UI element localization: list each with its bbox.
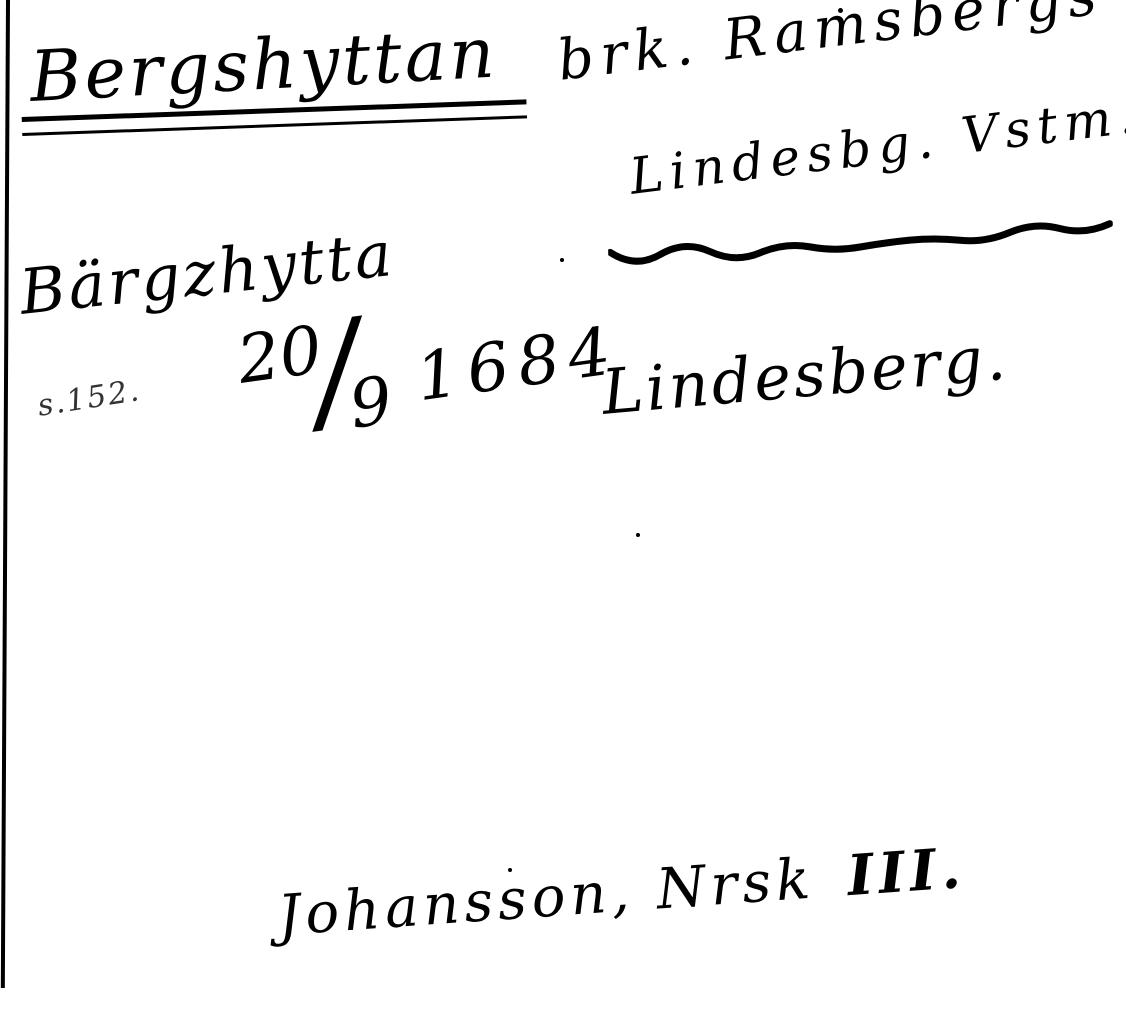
citation-line: Johansson, Nrsk III. xyxy=(276,840,967,945)
scan-speck xyxy=(508,868,512,872)
page-reference-note: s.152. xyxy=(36,376,143,422)
archive-card-scan: Bergshyttan brk. Ramsbergs Lindesbg. Vst… xyxy=(0,0,1126,1012)
place-name-heading: Bergshyttan xyxy=(28,18,499,112)
citation-volume-roman-numeral: III. xyxy=(845,835,967,909)
left-scan-edge-rule xyxy=(1,0,10,988)
parish-annotation: brk. Ramsbergs xyxy=(555,0,1107,90)
source-place-name: Lindesberg. xyxy=(599,327,1010,424)
wavy-underline xyxy=(608,208,1114,271)
date-month: 9 xyxy=(345,368,396,439)
citation-author: Johansson, xyxy=(276,859,636,949)
district-annotation: Lindesbg. Vstm. xyxy=(627,89,1126,201)
citation-work: Nrsk xyxy=(654,847,817,923)
date-year: 1684 xyxy=(412,318,623,412)
scan-speck xyxy=(636,533,640,537)
scan-speck xyxy=(838,8,843,13)
scan-speck xyxy=(560,258,564,262)
